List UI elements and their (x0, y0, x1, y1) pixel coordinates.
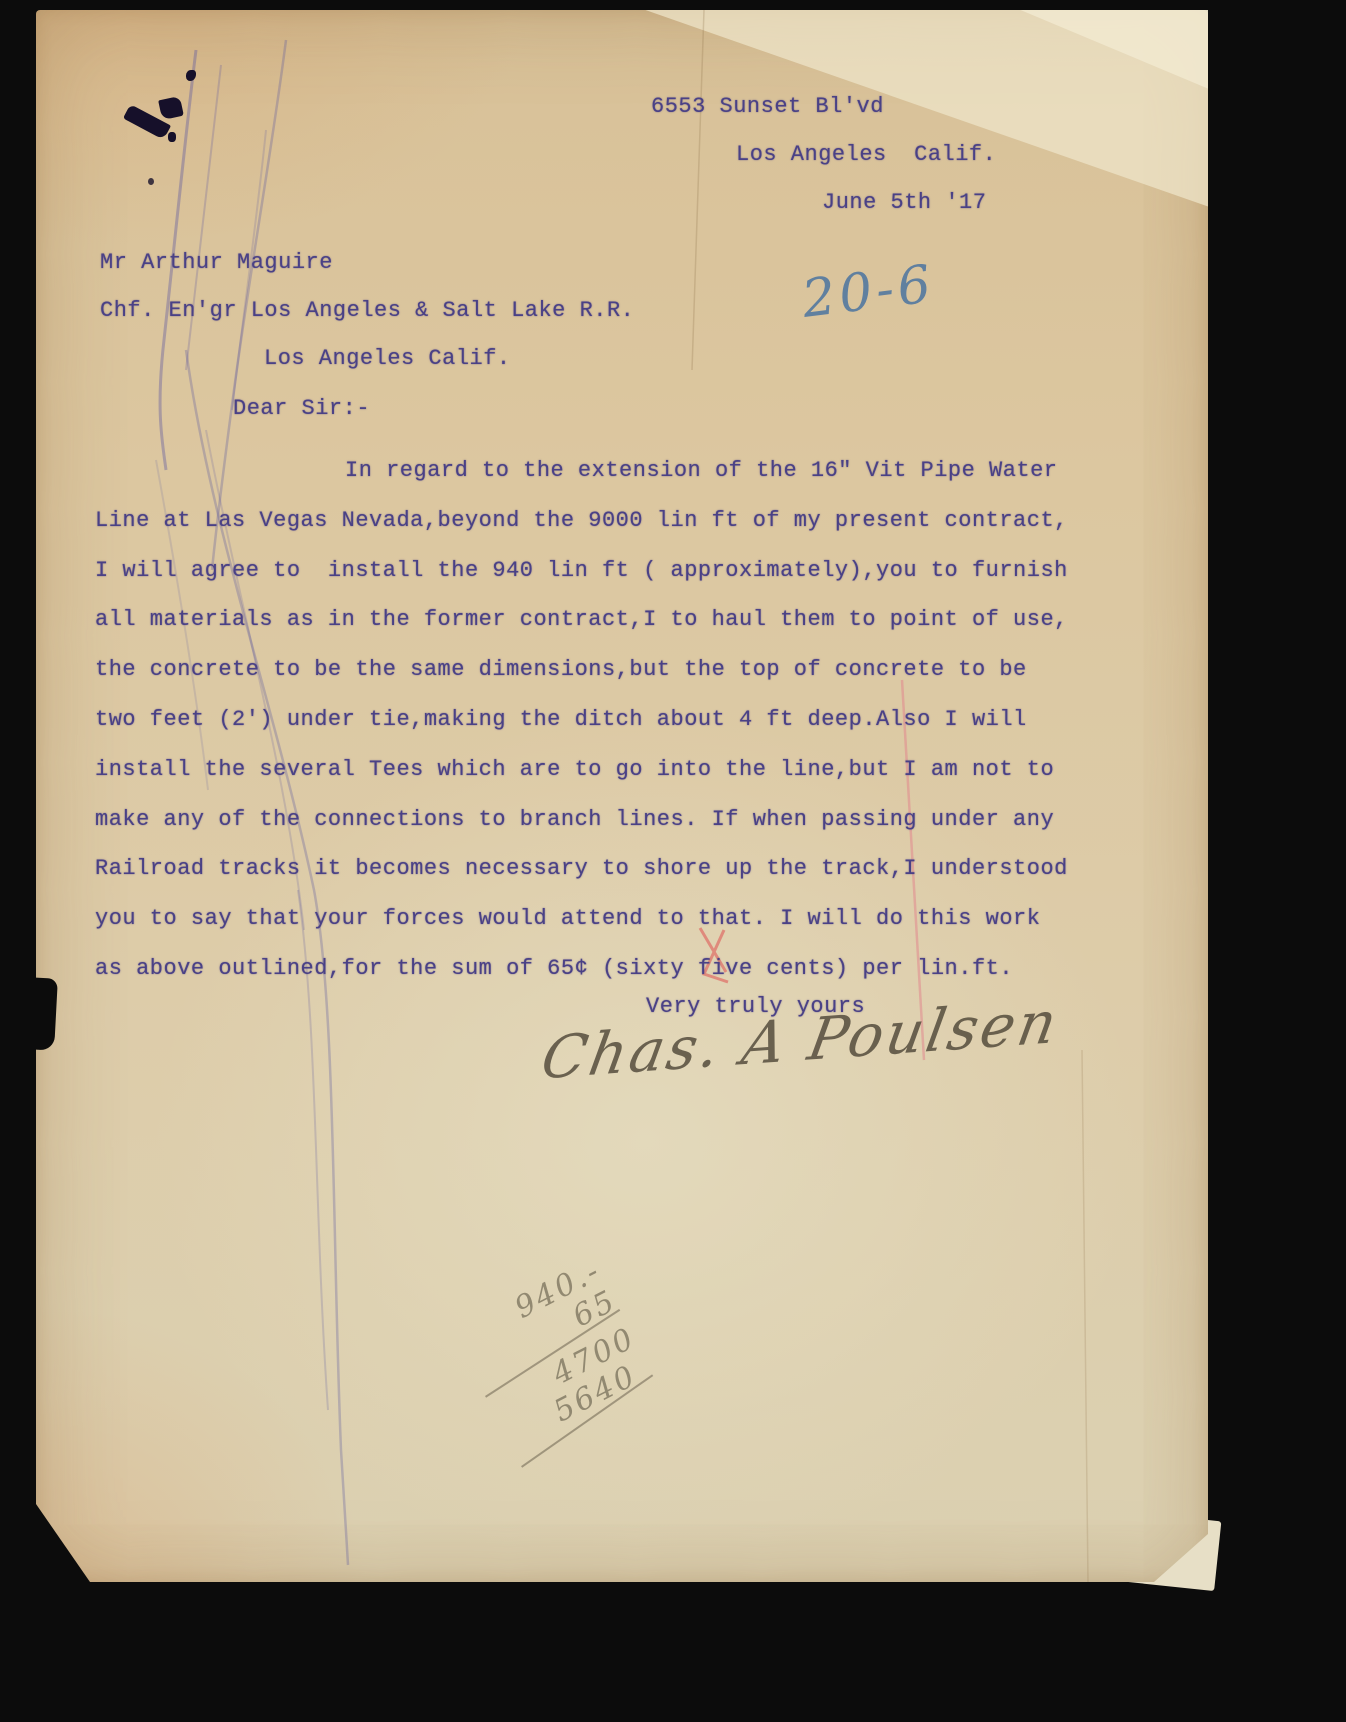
body-line: Railroad tracks it becomes necessary to … (95, 844, 1155, 894)
recipient-title: Chf. En'gr Los Angeles & Salt Lake R.R. (100, 298, 634, 323)
ink-blot (168, 132, 176, 142)
body-line: as above outlined,for the sum of 65¢ (si… (95, 944, 1155, 994)
body-line: I will agree to install the 940 lin ft (… (95, 546, 1155, 596)
scan-stage: 6553 Sunset Bl'vd Los Angeles Calif. Jun… (0, 0, 1346, 1722)
ink-blot (158, 96, 184, 120)
pencil-calculation: 940.- 65 4700 5640 (449, 1254, 659, 1459)
paper-tear-left (28, 977, 58, 1050)
body-line: you to say that your forces would attend… (95, 894, 1155, 944)
body-line: install the several Tees which are to go… (95, 745, 1155, 795)
ink-blot (148, 178, 154, 185)
body-line: make any of the connections to branch li… (95, 795, 1155, 845)
body-line: Line at Las Vegas Nevada,beyond the 9000… (95, 496, 1155, 546)
letter-paper: 6553 Sunset Bl'vd Los Angeles Calif. Jun… (36, 10, 1208, 1582)
letter-body: In regard to the extension of the 16" Vi… (95, 446, 1155, 994)
sender-city: Los Angeles Calif. (736, 142, 996, 167)
letter-date: June 5th '17 (822, 190, 986, 215)
body-line: all materials as in the former contract,… (95, 595, 1155, 645)
salutation: Dear Sir:- (233, 396, 370, 421)
body-line: two feet (2') under tie,making the ditch… (95, 695, 1155, 745)
body-line: the concrete to be the same dimensions,b… (95, 645, 1155, 695)
recipient-name: Mr Arthur Maguire (100, 250, 333, 275)
recipient-city: Los Angeles Calif. (264, 346, 511, 371)
body-line: In regard to the extension of the 16" Vi… (95, 446, 1155, 496)
sender-address: 6553 Sunset Bl'vd (651, 94, 884, 119)
filing-annotation: 20-6 (799, 254, 938, 330)
ink-blot (186, 70, 196, 81)
